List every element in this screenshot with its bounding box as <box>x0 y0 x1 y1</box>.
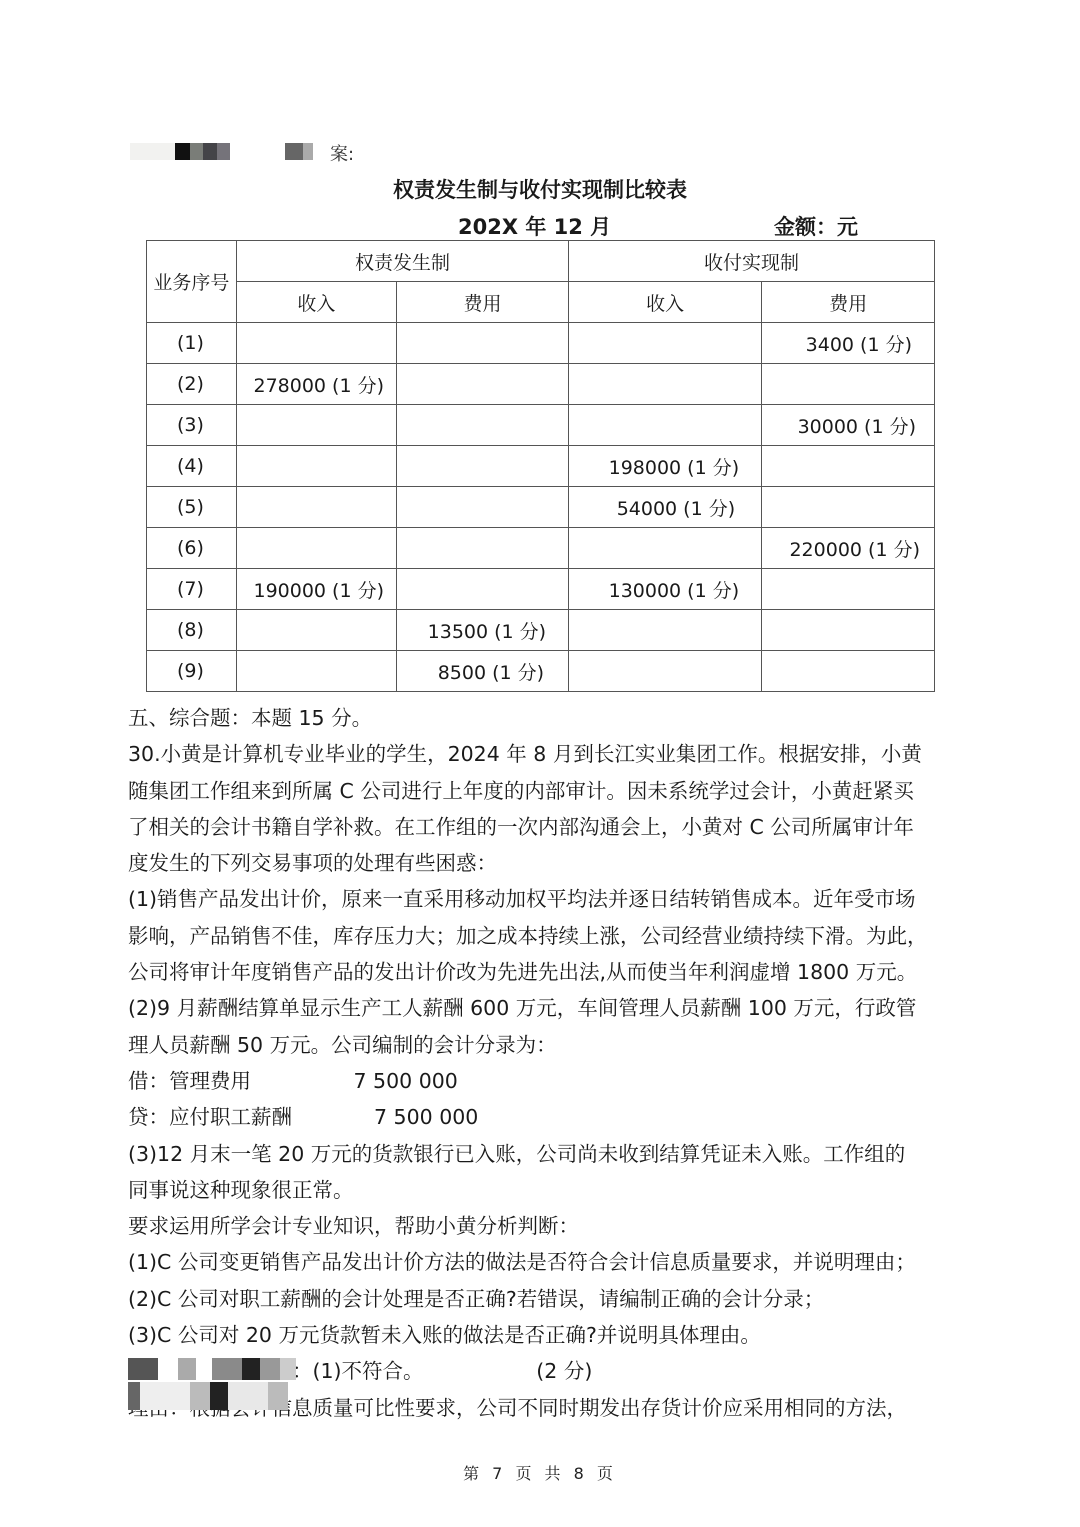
table-row: (4) 198000 (1 分) <box>147 446 935 487</box>
body-line: 同事说这种现象很正常。 <box>128 1172 958 1208</box>
comparison-table: 业务序号 权责发生制 收付实现制 收入 费用 收入 费用 (1) 3400 (1… <box>146 240 935 692</box>
redacted-answer-label <box>128 1358 328 1380</box>
cell-acc-income <box>236 323 396 364</box>
redacted-label <box>130 143 330 160</box>
cell-cash-income: 54000 (1 分) <box>569 487 762 528</box>
body-line: 度发生的下列交易事项的处理有些困惑： <box>128 845 958 881</box>
requirement-2: (2)C 公司对职工薪酬的会计处理是否正确?若错误，请编制正确的会计分录； <box>128 1281 958 1317</box>
body-line: 影响，产品销售不佳，库存压力大；加之成本持续上涨，公司经营业绩持续下滑。为此， <box>128 918 958 954</box>
col-accrual-income: 收入 <box>236 282 396 323</box>
cell-acc-expense <box>397 364 569 405</box>
cell-cash-expense <box>762 569 935 610</box>
cell-cash-income: 130000 (1 分) <box>569 569 762 610</box>
body-line: (2)9 月薪酬结算单显示生产工人薪酬 600 万元，车间管理人员薪酬 100 … <box>128 990 958 1026</box>
cell-seq: (1) <box>147 323 237 364</box>
cell-cash-income <box>569 364 762 405</box>
cell-cash-expense <box>762 364 935 405</box>
col-accrual-expense: 费用 <box>397 282 569 323</box>
requirement-3: (3)C 公司对 20 万元货款暂未入账的做法是否正确?并说明具体理由。 <box>128 1317 958 1353</box>
col-cash-expense: 费用 <box>762 282 935 323</box>
cell-cash-income <box>569 610 762 651</box>
table-row: (5) 54000 (1 分) <box>147 487 935 528</box>
cell-cash-expense: 30000 (1 分) <box>762 405 935 446</box>
cell-seq: (6) <box>147 528 237 569</box>
table-row: (9) 8500 (1 分) <box>147 651 935 692</box>
cell-acc-income <box>236 487 396 528</box>
cell-seq: (7) <box>147 569 237 610</box>
body-line: 30.小黄是计算机专业毕业的学生，2024 年 8 月到长江实业集团工作。根据安… <box>128 736 958 772</box>
label-suffix: 案: <box>330 140 354 166</box>
cell-cash-income <box>569 323 762 364</box>
cell-acc-income: 278000 (1 分) <box>236 364 396 405</box>
table-row: (2) 278000 (1 分) <box>147 364 935 405</box>
cell-seq: (2) <box>147 364 237 405</box>
table-row: (7) 190000 (1 分) 130000 (1 分) <box>147 569 935 610</box>
cell-acc-expense <box>397 323 569 364</box>
cell-cash-income <box>569 528 762 569</box>
cell-seq: (9) <box>147 651 237 692</box>
requirement-1: (1)C 公司变更销售产品发出计价方法的做法是否符合会计信息质量要求，并说明理由… <box>128 1244 958 1280</box>
cell-cash-income <box>569 405 762 446</box>
cell-seq: (4) <box>147 446 237 487</box>
cell-acc-expense <box>397 487 569 528</box>
cell-cash-expense: 220000 (1 分) <box>762 528 935 569</box>
cell-acc-expense: 8500 (1 分) <box>397 651 569 692</box>
table-row: (8) 13500 (1 分) <box>147 610 935 651</box>
table-period: 202X 年 12 月 <box>458 211 611 241</box>
col-group-accrual: 权责发生制 <box>236 241 568 282</box>
table-unit: 金额：元 <box>774 211 858 241</box>
col-seq-header: 业务序号 <box>147 241 237 323</box>
cell-seq: (3) <box>147 405 237 446</box>
cell-acc-expense: 13500 (1 分) <box>397 610 569 651</box>
page-number: 第 7 页 共 8 页 <box>0 1461 1080 1484</box>
body-line: 要求运用所学会计专业知识，帮助小黄分析判断： <box>128 1208 958 1244</box>
cell-acc-expense <box>397 405 569 446</box>
body-line: (1)销售产品发出计价，原来一直采用移动加权平均法并逐日结转销售成本。近年受市场 <box>128 881 958 917</box>
cell-acc-income <box>236 405 396 446</box>
cell-acc-income <box>236 446 396 487</box>
cell-acc-expense <box>397 569 569 610</box>
body-line: 理人员薪酬 50 万元。公司编制的会计分录为： <box>128 1027 958 1063</box>
cell-cash-expense <box>762 610 935 651</box>
col-cash-income: 收入 <box>569 282 762 323</box>
cell-cash-expense <box>762 446 935 487</box>
journal-credit: 贷：应付职工薪酬 7 500 000 <box>128 1099 958 1135</box>
journal-debit: 借：管理费用 7 500 000 <box>128 1063 958 1099</box>
body-line: 随集团工作组来到所属 C 公司进行上年度的内部审计。因未系统学过会计，小黄赶紧买 <box>128 773 958 809</box>
cell-acc-income <box>236 651 396 692</box>
cell-acc-income <box>236 610 396 651</box>
body-line: 了相关的会计书籍自学补救。在工作组的一次内部沟通会上，小黄对 C 公司所属审计年 <box>128 809 958 845</box>
cell-cash-expense <box>762 651 935 692</box>
cell-seq: (8) <box>147 610 237 651</box>
cell-acc-expense <box>397 446 569 487</box>
cell-acc-income <box>236 528 396 569</box>
question-body: 五、综合题：本题 15 分。 30.小黄是计算机专业毕业的学生，2024 年 8… <box>128 700 958 1426</box>
cell-cash-expense: 3400 (1 分) <box>762 323 935 364</box>
table-row: (6) 220000 (1 分) <box>147 528 935 569</box>
cell-acc-income: 190000 (1 分) <box>236 569 396 610</box>
body-line: (3)12 月末一笔 20 万元的货款银行已入账，公司尚未收到结算凭证未入账。工… <box>128 1136 958 1172</box>
table-row: (3) 30000 (1 分) <box>147 405 935 446</box>
cell-cash-income: 198000 (1 分) <box>569 446 762 487</box>
cell-seq: (5) <box>147 487 237 528</box>
redacted-answer-label-2 <box>128 1382 298 1410</box>
section-heading: 五、综合题：本题 15 分。 <box>128 700 958 736</box>
table-row: (1) 3400 (1 分) <box>147 323 935 364</box>
col-group-cash: 收付实现制 <box>569 241 935 282</box>
body-line: 公司将审计年度销售产品的发出计价改为先进先出法,从而使当年利润虚增 1800 万… <box>128 954 958 990</box>
cell-cash-income <box>569 651 762 692</box>
table-title: 权责发生制与收付实现制比较表 <box>0 174 1080 204</box>
cell-cash-expense <box>762 487 935 528</box>
cell-acc-expense <box>397 528 569 569</box>
